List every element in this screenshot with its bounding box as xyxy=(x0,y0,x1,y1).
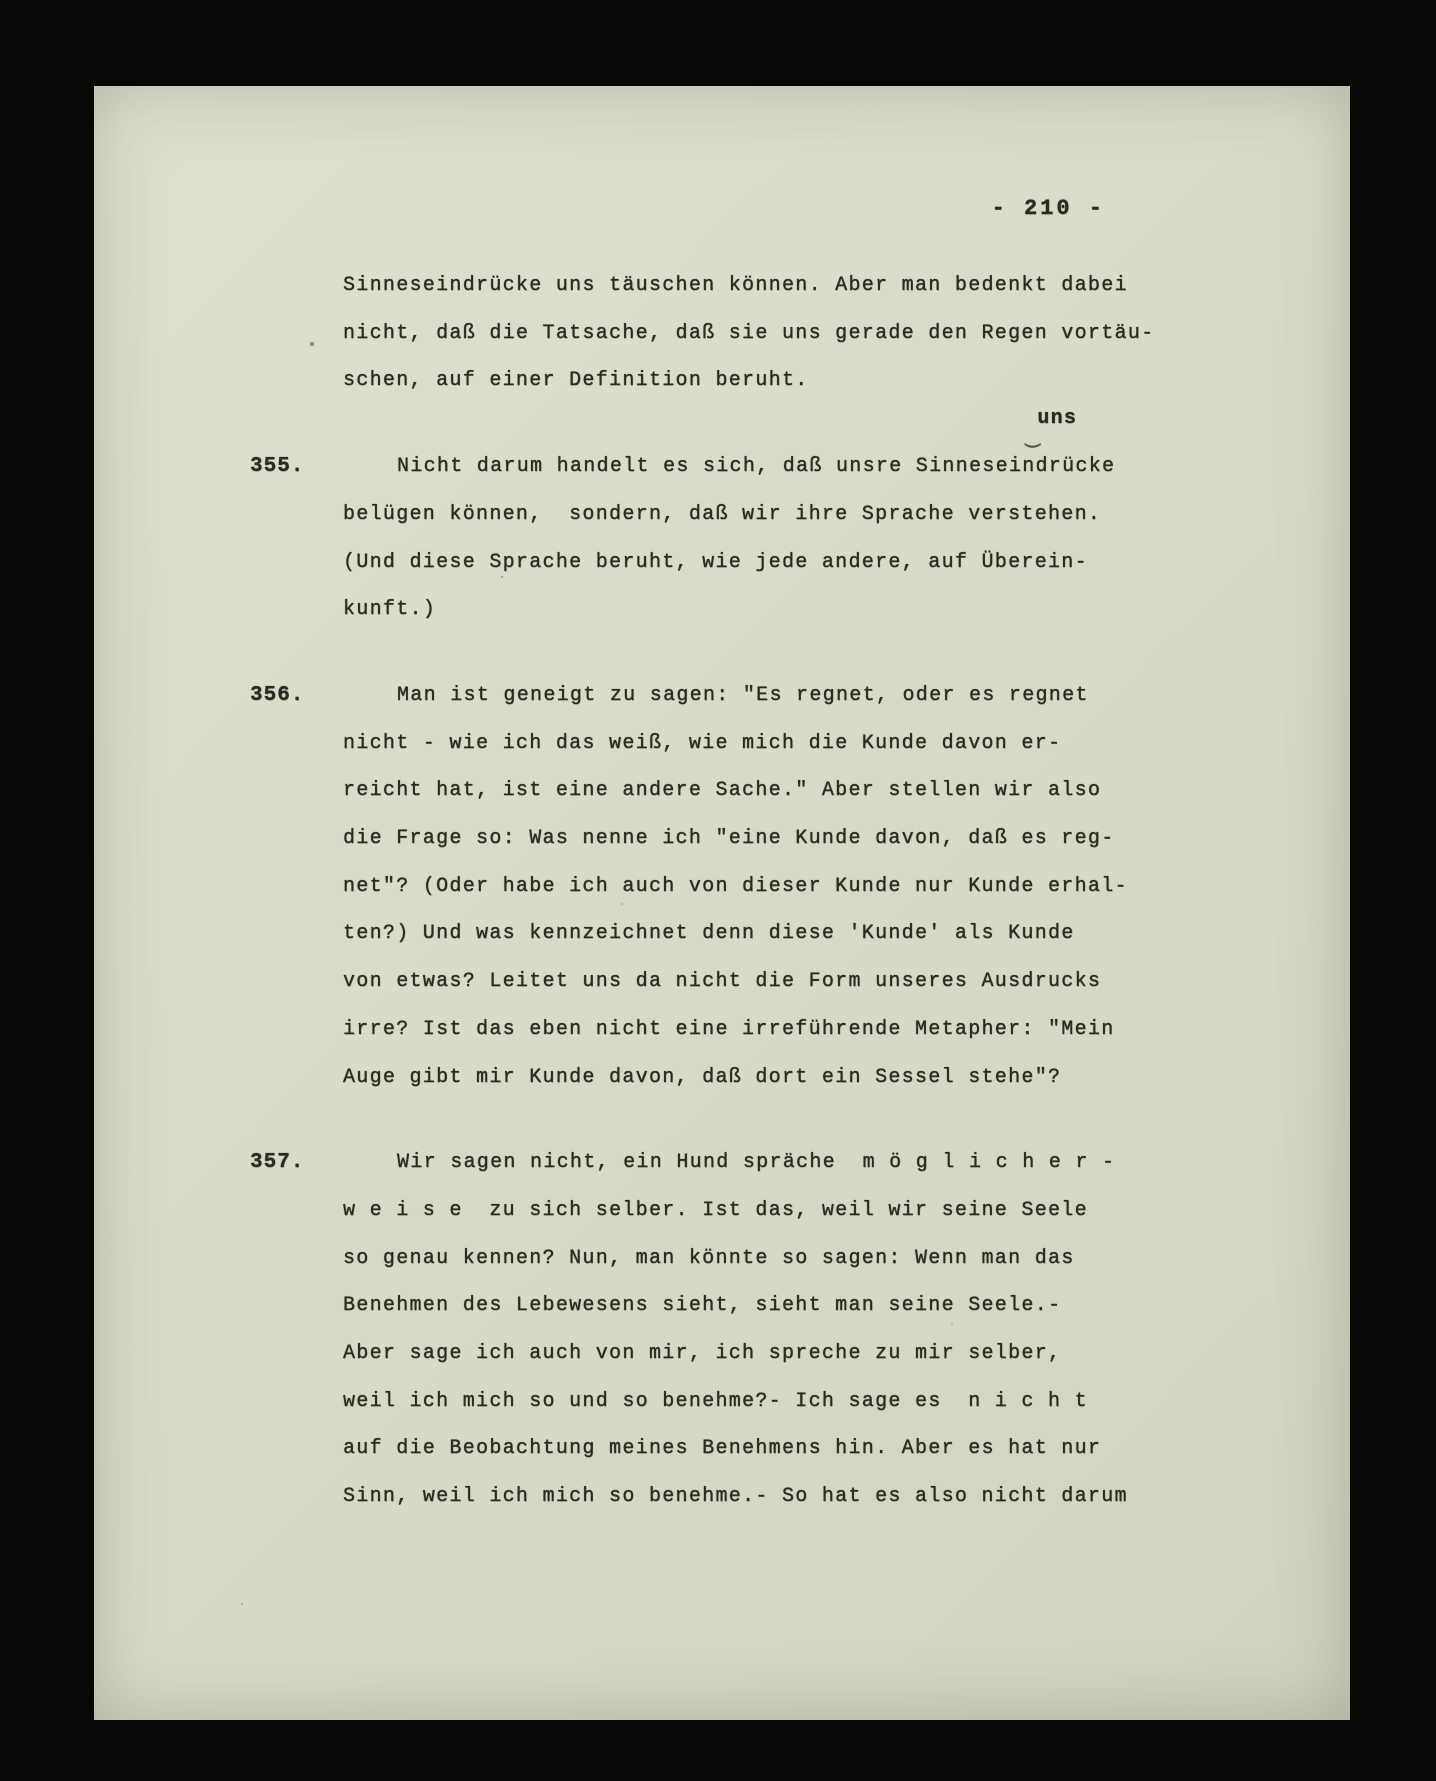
section-number: 357. xyxy=(250,1139,304,1187)
text-line: Man ist geneigt zu sagen: "Es regnet, od… xyxy=(343,672,1350,720)
text-line: von etwas? Leitet uns da nicht die Form … xyxy=(343,958,1350,1006)
text-line: schen, auf einer Definition beruht. xyxy=(343,357,1350,405)
text-line: so genau kennen? Nun, man könnte so sage… xyxy=(343,1235,1350,1283)
text-line: Aber sage ich auch von mir, ich spreche … xyxy=(343,1330,1350,1378)
text-line: ten?) Und was kennzeichnet denn diese 'K… xyxy=(343,910,1350,958)
text-line: Wir sagen nicht, ein Hund spräche m ö g … xyxy=(343,1139,1350,1187)
inserted-word: uns xyxy=(1037,409,1077,429)
text-line: w e i s e zu sich selber. Ist das, weil … xyxy=(343,1187,1350,1235)
text-line: Auge gibt mir Kunde davon, daß dort ein … xyxy=(343,1054,1350,1102)
text-line: weil ich mich so und so benehme?- Ich sa… xyxy=(343,1378,1350,1426)
page-number: - 210 - xyxy=(343,194,1350,224)
text-line: net"? (Oder habe ich auch von dieser Kun… xyxy=(343,863,1350,911)
text-line: Nicht darum handelt es sich, daß unsre S… xyxy=(343,443,1350,491)
text-line: kunft.) xyxy=(343,586,1350,634)
text-line: irre? Ist das eben nicht eine irreführen… xyxy=(343,1006,1350,1054)
section-357: 357. Wir sagen nicht, ein Hund spräche m… xyxy=(343,1139,1350,1521)
text-line: Sinneseindrücke uns täuschen können. Abe… xyxy=(343,262,1350,310)
text-line: Benehmen des Lebewesens sieht, sieht man… xyxy=(343,1282,1350,1330)
text-line-content: Nicht darum handelt es sich, daß unsre S… xyxy=(397,455,1115,478)
text-line: Sinn, weil ich mich so benehme.- So hat … xyxy=(343,1473,1350,1521)
text-line: belügen können, sondern, daß wir ihre Sp… xyxy=(343,491,1350,539)
page-scan: - 210 - Sinneseindrücke uns täuschen kön… xyxy=(94,86,1350,1720)
section-number: 355. xyxy=(250,443,304,491)
insertion-mark: ‿ xyxy=(1025,427,1041,447)
section-355: 355. Nicht darum handelt es sich, daß un… xyxy=(343,443,1350,634)
text-line: auf die Beobachtung meines Benehmens hin… xyxy=(343,1425,1350,1473)
page-content: - 210 - Sinneseindrücke uns täuschen kön… xyxy=(94,86,1350,1521)
text-line: die Frage so: Was nenne ich "eine Kunde … xyxy=(343,815,1350,863)
section-number: 356. xyxy=(250,672,304,720)
text-line: reicht hat, ist eine andere Sache." Aber… xyxy=(343,767,1350,815)
text-line: nicht - wie ich das weiß, wie mich die K… xyxy=(343,720,1350,768)
paragraph-continuation: Sinneseindrücke uns täuschen können. Abe… xyxy=(343,262,1350,405)
scan-background: - 210 - Sinneseindrücke uns täuschen kön… xyxy=(0,0,1436,1781)
text-line: nicht, daß die Tatsache, daß sie uns ger… xyxy=(343,310,1350,358)
section-356: 356. Man ist geneigt zu sagen: "Es regne… xyxy=(343,672,1350,1101)
text-line: (Und diese Sprache beruht, wie jede ande… xyxy=(343,539,1350,587)
